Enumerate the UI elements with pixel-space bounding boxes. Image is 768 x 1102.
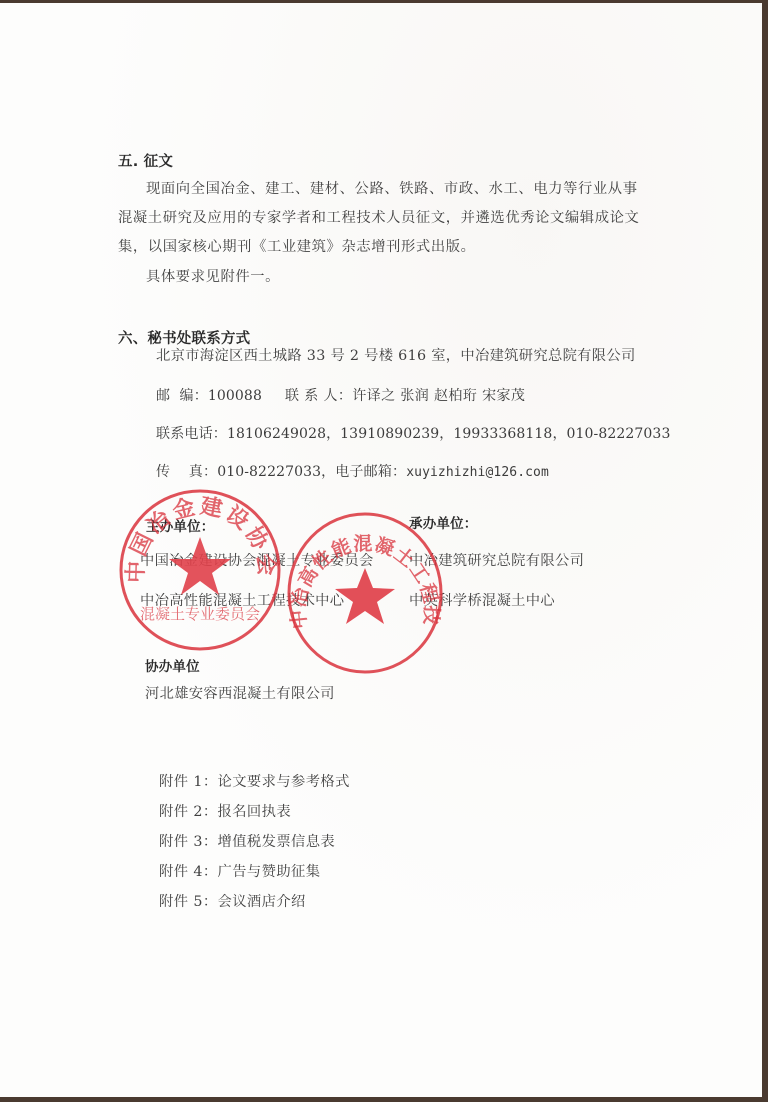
undertaker-label: 承办单位： bbox=[409, 512, 478, 532]
undertaker-org-2: 中英科学桥混凝土中心 bbox=[409, 590, 555, 610]
contacts-row: 联 系 人：许译之 张润 赵柏珩 宋家茂 bbox=[285, 385, 525, 405]
phone-label: 联系电话： bbox=[156, 426, 227, 442]
host-label: 主办单位： bbox=[146, 515, 215, 535]
co-organizer-1: 河北雄安容西混凝土有限公司 bbox=[145, 683, 335, 703]
section5-para-line3: 集，以国家核心期刊《工业建筑》杂志增刊形式出版。 bbox=[118, 236, 476, 256]
fax-value: 010-82227033， bbox=[217, 464, 335, 480]
fax-label: 传 真： bbox=[156, 464, 217, 480]
phone-row: 联系电话：18106249028，13910890239，19933368118… bbox=[156, 423, 670, 443]
attachment-title: 增值税发票信息表 bbox=[218, 834, 336, 850]
attachment-label: 附件 4： bbox=[159, 864, 218, 880]
attachment-title: 论文要求与参考格式 bbox=[218, 774, 350, 790]
attachment-title: 广告与赞助征集 bbox=[218, 864, 321, 880]
document-page: 五. 征文 现面向全国冶金、建工、建材、公路、铁路、市政、水工、电力等行业从事 … bbox=[0, 3, 762, 1097]
attachment-label: 附件 1： bbox=[159, 774, 218, 790]
attachment-item-4: 附件 4：广告与赞助征集 bbox=[159, 861, 320, 881]
section5-para-line2: 混凝土研究及应用的专家学者和工程技术人员征文，并遴选优秀论文编辑成论文 bbox=[118, 207, 639, 227]
email-value[interactable]: xuyizhizhi@126.com bbox=[406, 465, 549, 480]
attachment-item-2: 附件 2：报名回执表 bbox=[159, 801, 291, 821]
attachment-title: 报名回执表 bbox=[218, 804, 291, 820]
attachment-title: 会议酒店介绍 bbox=[218, 894, 306, 910]
seal-association-stamp: 中国冶金建设协会 混凝土专业委员会 bbox=[117, 487, 283, 653]
host-org-2: 中冶高性能混凝土工程技术中心 bbox=[140, 590, 344, 610]
undertaker-org-1: 中冶建筑研究总院有限公司 bbox=[409, 550, 584, 570]
paper-shading bbox=[0, 3, 762, 1097]
attachment-item-1: 附件 1：论文要求与参考格式 bbox=[159, 771, 350, 791]
email-label: 电子邮箱： bbox=[335, 464, 406, 480]
contact-address: 北京市海淀区西土城路 33 号 2 号楼 616 室，中冶建筑研究总院有限公司 bbox=[156, 345, 636, 365]
host-org-1: 中国冶金建设协会混凝土专业委员会 bbox=[140, 550, 374, 570]
fax-email-row: 传 真：010-82227033，电子邮箱：xuyizhizhi@126.com bbox=[156, 461, 549, 481]
attachment-label: 附件 3： bbox=[159, 834, 218, 850]
postcode-value: 100088 bbox=[208, 388, 262, 404]
postcode-label: 邮 编： bbox=[156, 388, 208, 404]
attachment-label: 附件 2： bbox=[159, 804, 218, 820]
contacts-label: 联 系 人： bbox=[285, 388, 352, 404]
section5-para2: 具体要求见附件一。 bbox=[146, 266, 280, 286]
co-organizer-label: 协办单位 bbox=[145, 655, 200, 675]
section5-para-line1: 现面向全国冶金、建工、建材、公路、铁路、市政、水工、电力等行业从事 bbox=[146, 178, 638, 198]
contacts-value: 许译之 张润 赵柏珩 宋家茂 bbox=[352, 388, 525, 404]
postcode-row: 邮 编：100088 bbox=[156, 385, 262, 405]
attachment-item-3: 附件 3：增值税发票信息表 bbox=[159, 831, 335, 851]
attachment-label: 附件 5： bbox=[159, 894, 218, 910]
phone-values: 18106249028，13910890239，19933368118，010-… bbox=[227, 426, 670, 442]
section5-heading: 五. 征文 bbox=[118, 150, 173, 171]
attachment-item-5: 附件 5：会议酒店介绍 bbox=[159, 891, 306, 911]
